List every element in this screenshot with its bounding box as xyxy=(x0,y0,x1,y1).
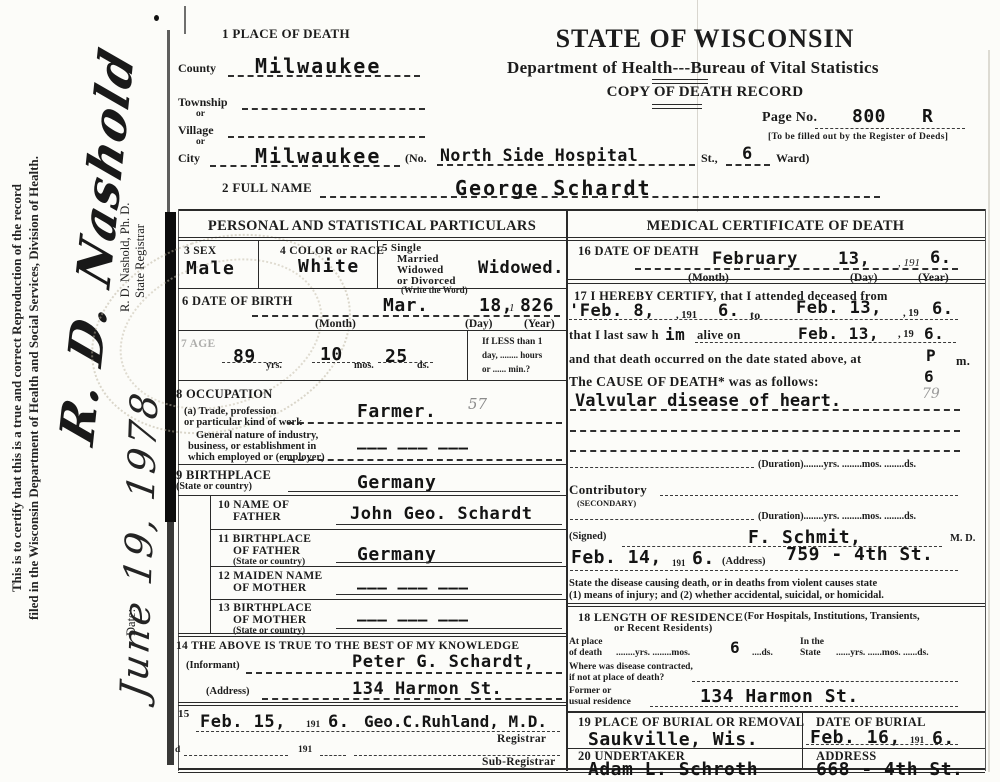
signed-address-caption: (Address) xyxy=(722,556,766,567)
row-border xyxy=(566,279,985,280)
page-no-suffix: R xyxy=(922,106,933,127)
less-than-day-line1: If LESS than 1 xyxy=(482,337,542,347)
mother-line xyxy=(336,594,562,595)
time-of-death-hour: 6 xyxy=(924,367,934,386)
year-caption: (Year) xyxy=(524,318,555,330)
certify-line xyxy=(569,319,958,320)
employer-value: ——— ——— ——— xyxy=(357,438,468,457)
saw-year-preprint: , 19 xyxy=(898,329,914,340)
dod-year-preprint: , 191 xyxy=(898,257,920,269)
rule xyxy=(566,240,985,241)
duration-caption: (Duration)........yrs. ........mos. ....… xyxy=(758,511,916,522)
dod-label: 16 DATE OF DEATH xyxy=(578,244,699,259)
father-name-label1: 10 NAME OF xyxy=(218,499,289,511)
violent-causes-note1: State the disease causing death, or in d… xyxy=(569,578,877,589)
sex-label: 3 SEX xyxy=(184,245,217,257)
rule xyxy=(652,104,702,109)
dob-year-value: 826 xyxy=(520,295,554,316)
occupation-a-line1: (a) Trade, profession xyxy=(184,406,276,417)
saw-year-value: 6. xyxy=(924,324,944,343)
birthplace-value: Germany xyxy=(357,472,436,493)
cause-handwritten-note: 79 xyxy=(922,386,940,402)
or-label: or xyxy=(196,137,205,147)
street-label: St., xyxy=(701,151,718,166)
contracted-line xyxy=(692,681,958,682)
page-no-line xyxy=(815,128,965,129)
cause-line xyxy=(570,409,960,411)
filed-line xyxy=(196,731,560,732)
filed-year-preprint: 191 xyxy=(306,720,320,730)
at-place-units: ........yrs. ........mos. xyxy=(616,648,690,658)
filed-number: 15 xyxy=(178,708,190,720)
row-border xyxy=(566,606,985,607)
filed-year-value: 6. xyxy=(328,712,349,732)
residence-paren2: or Recent Residents) xyxy=(614,623,713,634)
rule xyxy=(178,240,566,241)
last-saw-him: im xyxy=(665,325,685,344)
informant-true-label: 14 THE ABOVE IS TRUE TO THE BEST OF MY K… xyxy=(176,640,519,652)
row-border xyxy=(178,495,566,496)
at-place-units-ds: ....ds. xyxy=(752,648,773,658)
row-border xyxy=(178,705,566,706)
signed-year-preprint: 191 xyxy=(672,558,686,568)
race-value: White xyxy=(298,256,360,277)
occupation-b-line2: business, or establishment in xyxy=(188,441,316,452)
marital-value: Widowed. xyxy=(478,258,564,278)
page-no-label: Page No. xyxy=(762,110,817,126)
township-label: Township xyxy=(178,95,228,110)
mother-bp-value: ——— ——— ——— xyxy=(357,610,468,629)
occupation-b-line1: General nature of industry, xyxy=(196,430,318,441)
signed-date-line xyxy=(570,570,958,571)
row-border xyxy=(178,380,566,381)
cell-divider xyxy=(377,241,378,288)
township-line xyxy=(242,108,425,110)
table-border-right xyxy=(985,209,986,771)
city-label: City xyxy=(178,151,200,166)
row-border xyxy=(178,702,566,703)
father-bp-label2: OF FATHER xyxy=(233,545,300,557)
village-line xyxy=(228,136,425,138)
burial-date-line xyxy=(806,744,958,745)
last-saw-date: Feb. 13, xyxy=(798,324,879,343)
place-of-death-section: 1 PLACE OF DEATH xyxy=(222,26,350,42)
ds-caption: ds. xyxy=(417,360,429,371)
father-name-value: John Geo. Schardt xyxy=(350,504,533,524)
full-name-value: George Schardt xyxy=(455,176,652,200)
ward-label: Ward) xyxy=(776,151,809,166)
cell-divider xyxy=(258,241,259,288)
cause-of-death-label: The CAUSE OF DEATH* was as follows: xyxy=(569,374,819,390)
scan-edge-bar xyxy=(167,30,170,215)
village-label: Village xyxy=(178,123,214,138)
age-years-value: 89 xyxy=(233,346,256,367)
row-border xyxy=(566,283,985,284)
department-subtitle: Department of Health---Bureau of Vital S… xyxy=(507,58,879,78)
informant-caption: (Informant) xyxy=(186,660,240,671)
row-border xyxy=(178,636,566,637)
father-name-label2: FATHER xyxy=(233,511,281,523)
attended-from-value: 'Feb. 8, xyxy=(569,301,655,321)
duration-line xyxy=(570,467,754,468)
less-than-day-line3: or ...... min.? xyxy=(482,364,530,374)
cause-line xyxy=(570,450,960,452)
father-line xyxy=(336,524,562,525)
contracted-label2: if not at place of death? xyxy=(569,673,664,683)
dob-month-value: Mar. xyxy=(383,295,428,316)
marital-hint: (Write the Word) xyxy=(401,285,468,295)
page-no-note: [To be filled out by the Register of Dee… xyxy=(768,132,948,142)
filed2-line xyxy=(320,755,346,756)
dob-day-value: 18, xyxy=(479,295,513,316)
burial-year-value: 6. xyxy=(932,728,955,749)
burial-place-value: Saukville, Wis. xyxy=(588,729,758,750)
physician-address-value: 759 - 4th St. xyxy=(786,544,933,565)
residence-paren1: (For Hospitals, Institutions, Transients… xyxy=(744,611,920,622)
table-border-top xyxy=(178,209,985,211)
time-of-death-value: P xyxy=(926,346,936,365)
cell-divider xyxy=(802,748,803,768)
dob-label: 6 DATE OF BIRTH xyxy=(182,294,293,309)
filed2-year-preprint: 191 xyxy=(298,745,312,755)
secondary-caption: (SECONDARY) xyxy=(577,498,636,508)
mother-bp-label2: OF MOTHER xyxy=(233,614,307,626)
certification-note: This is to certify that this is a true a… xyxy=(8,2,42,774)
contributory-line xyxy=(660,495,958,496)
mother-name-label2: OF MOTHER xyxy=(233,582,307,594)
occupation-a-line2: or particular kind of work xyxy=(184,417,302,428)
dod-month-value: February xyxy=(712,249,798,269)
certification-line2: filed in the Wisconsin Department of Hea… xyxy=(25,2,42,774)
residence-days-value: 6 xyxy=(730,638,740,657)
father-bp-line xyxy=(336,562,562,563)
row-border xyxy=(178,330,566,331)
former-residence-line xyxy=(650,706,958,707)
hospital-value: North Side Hospital xyxy=(440,146,638,165)
to-word: to xyxy=(750,308,761,323)
less-than-day-line2: day, ........ hours xyxy=(482,350,542,360)
rule xyxy=(178,237,566,238)
employer-line xyxy=(288,459,562,461)
registrar-caption: Registrar xyxy=(497,733,546,745)
saw-line xyxy=(695,342,956,343)
dod-day-value: 13, xyxy=(838,249,870,269)
row-border xyxy=(566,711,985,713)
mother-name-label1: 12 MAIDEN NAME xyxy=(218,570,323,582)
scan-tick xyxy=(184,6,186,34)
occupation-value: Farmer. xyxy=(357,401,436,422)
medical-title: MEDICAL CERTIFICATE OF DEATH xyxy=(566,218,985,235)
county-label: County xyxy=(178,61,216,76)
filed-date-value: Feb. 15, xyxy=(200,712,286,732)
hospital-no-label: (No. xyxy=(405,151,427,166)
row-border xyxy=(178,464,566,465)
registrar-value: Geo.C.Ruhland, M.D. xyxy=(364,712,547,731)
column-divider xyxy=(566,209,568,771)
row-border xyxy=(210,529,566,530)
contributory-label: Contributory xyxy=(569,482,647,498)
former-residence-label1: Former or xyxy=(569,686,611,696)
informant-address-value: 134 Harmon St. xyxy=(352,679,502,699)
row-border xyxy=(566,603,985,604)
in-state-units: ......yrs. ......mos. ......ds. xyxy=(836,648,929,658)
at-place-label1: At place xyxy=(569,637,603,647)
or-label: or xyxy=(196,109,205,119)
duration-caption: (Duration)........yrs. ........mos. ....… xyxy=(758,459,916,470)
row-border xyxy=(178,288,566,289)
day-caption: (Day) xyxy=(465,318,492,330)
informant-line xyxy=(246,672,562,674)
mother-bp-label1: 13 BIRTHPLACE xyxy=(218,602,312,614)
county-value: Milwaukee xyxy=(255,54,381,78)
md-caption: M. D. xyxy=(950,533,975,544)
cause-of-death-value: Valvular disease of heart. xyxy=(575,391,841,411)
row-border xyxy=(178,633,566,634)
signed-caption: (Signed) xyxy=(569,531,606,542)
copy-title: COPY OF DEATH RECORD xyxy=(560,84,850,101)
mother-bp-label3: (State or country) xyxy=(233,626,305,636)
violent-causes-note2: (1) means of injury; and (2) whether acc… xyxy=(569,590,884,601)
birthplace-line xyxy=(288,491,560,492)
former-residence-label2: usual residence xyxy=(569,697,631,707)
scan-speck xyxy=(154,15,159,21)
m-caption: m. xyxy=(956,354,970,369)
dob-year-preprint: 1 xyxy=(509,302,515,314)
yrs-caption: yrs. xyxy=(266,360,282,371)
filed2-line xyxy=(184,755,288,756)
occupation-label: 8 OCCUPATION xyxy=(176,387,273,402)
ward-line xyxy=(726,164,770,166)
informant-value: Peter G. Schardt, xyxy=(352,652,535,672)
date-handwritten: June 19, 1978 xyxy=(112,387,166,701)
undertaker-value: Adam L. Schroth xyxy=(588,759,758,780)
certification-line1: This is to certify that this is a true a… xyxy=(8,2,25,774)
signed-date-value: Feb. 14, xyxy=(571,547,662,568)
page-no-value: 800 xyxy=(852,106,886,127)
state-label: State xyxy=(800,648,821,658)
former-residence-value: 134 Harmon St. xyxy=(700,686,859,707)
burial-place-label: 19 PLACE OF BURIAL OR REMOVAL xyxy=(578,715,804,730)
row-border xyxy=(210,599,566,600)
full-name-section: 2 FULL NAME xyxy=(222,180,312,196)
sub-registrar-caption: Sub-Registrar xyxy=(482,756,556,768)
personal-title: PERSONAL AND STATISTICAL PARTICULARS xyxy=(178,218,566,235)
dod-year-value: 6. xyxy=(930,248,951,268)
duration-line xyxy=(570,519,754,520)
informant-address-caption: (Address) xyxy=(206,686,250,697)
age-label: 7 AGE xyxy=(181,338,215,350)
to-year-value: 6. xyxy=(932,299,953,319)
scan-edge-bar xyxy=(167,522,174,765)
occupation-line xyxy=(288,422,562,424)
mother-bp-line xyxy=(336,628,562,629)
age-days-value: 25 xyxy=(385,346,408,367)
occupation-handwritten-note: 57 xyxy=(468,395,487,413)
nested-divider xyxy=(210,495,211,633)
in-the-label: In the xyxy=(800,637,824,647)
informant-address-line xyxy=(262,698,562,700)
undertaker-address-value: 668 - 4th St. xyxy=(816,759,963,780)
sex-value: Male xyxy=(186,258,235,279)
father-bp-label1: 11 BIRTHPLACE xyxy=(218,533,311,545)
cause-line xyxy=(570,430,960,432)
contracted-label1: Where was disease contracted, xyxy=(569,662,693,672)
row-border xyxy=(210,566,566,567)
attended-to-value: Feb. 13, xyxy=(796,298,882,318)
cell-divider xyxy=(467,330,468,380)
last-saw-label: that I last saw h xyxy=(569,328,659,343)
from-year-value: 6. xyxy=(718,301,739,321)
to-year-preprint: , 19 xyxy=(903,308,919,319)
rule xyxy=(566,237,985,238)
month-caption: (Month) xyxy=(315,318,356,330)
alive-on-label: alive on xyxy=(697,328,741,343)
signed-year-value: 6. xyxy=(692,548,715,569)
ward-value: 6 xyxy=(742,144,753,164)
mos-caption: mos. xyxy=(354,360,374,371)
city-value: Milwaukee xyxy=(255,144,381,168)
birthplace-sub: (State or country) xyxy=(176,481,252,492)
death-occurred-label: and that death occurred on the date stat… xyxy=(569,352,861,367)
page-edge-crease xyxy=(988,50,990,772)
death-certificate-document: This is to certify that this is a true a… xyxy=(0,0,1000,782)
state-title: STATE OF WISCONSIN xyxy=(545,24,865,54)
filed2-preprint: d xyxy=(175,745,180,755)
at-place-label2: of death xyxy=(569,648,602,658)
occupation-b-line3: which employed or (employer) xyxy=(188,452,325,463)
